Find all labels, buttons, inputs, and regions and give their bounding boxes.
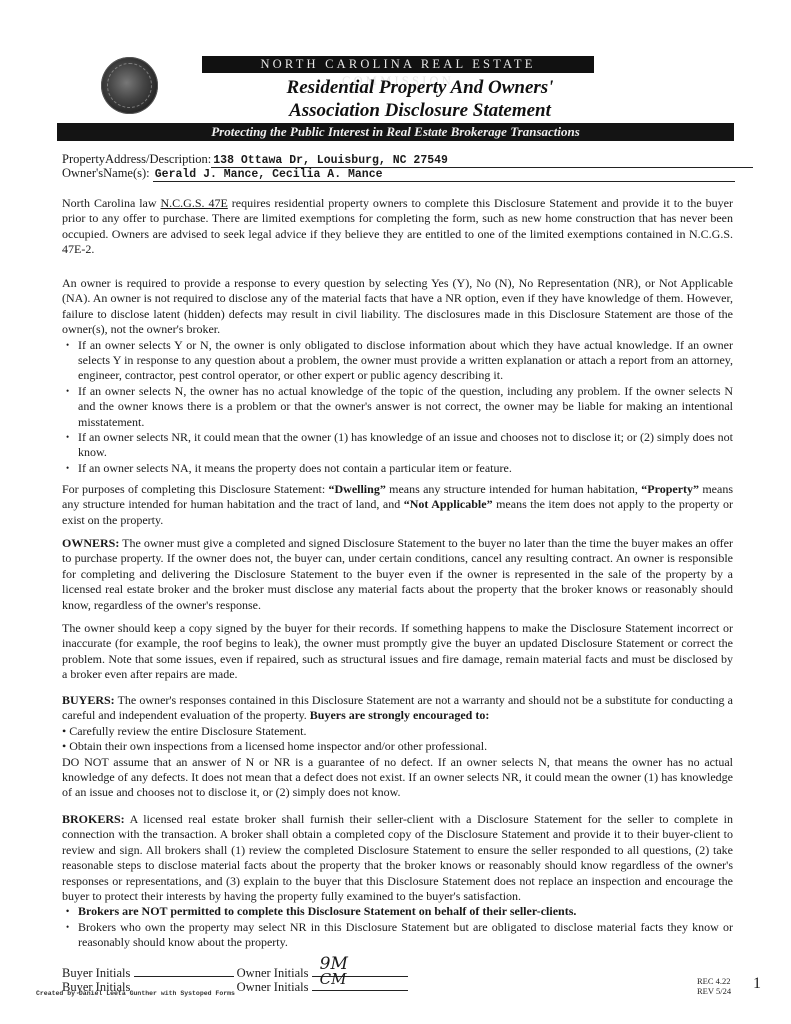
brokers-bullet: Brokers are NOT permitted to complete th… <box>62 904 733 919</box>
rev-date: REV 5/24 <box>697 986 731 996</box>
intro-paragraph: North Carolina law N.C.G.S. 47E requires… <box>62 196 733 258</box>
response-bullet: If an owner selects N, the owner has no … <box>62 384 733 430</box>
owner-initials-signature-2: CM <box>320 970 347 988</box>
term-not-applicable: “Not Applicable” <box>404 497 493 511</box>
buyer-initials-field-1[interactable] <box>134 964 234 977</box>
owner-initials-label: Owner Initials <box>237 980 309 994</box>
term-property: “Property” <box>641 482 699 496</box>
copy-text: The owner should keep a copy signed by t… <box>62 621 733 683</box>
response-bullet: If an owner selects NR, it could mean th… <box>62 430 733 461</box>
brokers-text: A licensed real estate broker shall furn… <box>62 812 733 903</box>
buyers-bullet: • Carefully review the entire Disclosure… <box>62 724 733 739</box>
buyers-emphasis: Buyers are strongly encouraged to: <box>310 708 490 722</box>
owners-text: The owner must give a completed and sign… <box>62 536 733 612</box>
definitions-paragraph: For purposes of completing this Disclosu… <box>62 482 733 528</box>
commission-banner: NORTH CAROLINA REAL ESTATE COMMISSION <box>202 56 594 73</box>
form-title-line1: Residential Property And Owners' <box>220 77 620 99</box>
form-title-line2: Association Disclosure Statement <box>220 100 620 122</box>
response-section: An owner is required to provide a respon… <box>62 276 733 476</box>
revision-info: REC 4.22 REV 5/24 <box>697 976 731 996</box>
response-bullet: If an owner selects Y or N, the owner is… <box>62 338 733 384</box>
response-bullet: If an owner selects NA, it means the pro… <box>62 461 733 476</box>
owner-names-label: Owner'sName(s): <box>62 166 150 180</box>
definitions-text: For purposes of completing this Disclosu… <box>62 482 328 496</box>
brokers-heading: BROKERS: <box>62 812 125 826</box>
owner-names-field[interactable]: Gerald J. Mance, Cecilia A. Mance <box>153 168 735 182</box>
buyers-bullet: • Obtain their own inspections from a li… <box>62 739 733 754</box>
brokers-bullet: Brokers who own the property may select … <box>62 920 733 951</box>
statute-link[interactable]: N.C.G.S. 47E <box>161 196 228 210</box>
rec-code: REC 4.22 <box>697 976 731 986</box>
owner-initials-field-2[interactable]: CM <box>312 978 408 991</box>
buyers-warning: DO NOT assume that an answer of N or NR … <box>62 755 733 801</box>
page-number: 1 <box>753 975 761 993</box>
owner-names-row: Owner'sName(s): Gerald J. Mance, Cecilia… <box>62 166 735 182</box>
creator-note: Created by Daniel Leeta Gunther with Sys… <box>36 990 235 997</box>
intro-text: North Carolina law <box>62 196 161 210</box>
term-dwelling: “Dwelling” <box>328 482 385 496</box>
owners-paragraph: OWNERS: The owner must give a completed … <box>62 536 733 613</box>
owners-heading: OWNERS: <box>62 536 119 550</box>
definitions-text: means any structure intended for human h… <box>386 482 641 496</box>
copy-paragraph: The owner should keep a copy signed by t… <box>62 621 733 683</box>
response-paragraph: An owner is required to provide a respon… <box>62 276 733 338</box>
buyers-heading: BUYERS: <box>62 693 115 707</box>
property-address-label: PropertyAddress/Description: <box>62 152 211 166</box>
brokers-section: BROKERS: A licensed real estate broker s… <box>62 812 733 951</box>
tagline-banner: Protecting the Public Interest in Real E… <box>57 123 734 141</box>
buyers-bullet-text: Obtain their own inspections from a lice… <box>69 739 487 753</box>
buyers-section: BUYERS: The owner's responses contained … <box>62 693 733 801</box>
nc-state-seal-icon <box>101 57 158 114</box>
buyers-bullet-text: Carefully review the entire Disclosure S… <box>69 724 306 738</box>
